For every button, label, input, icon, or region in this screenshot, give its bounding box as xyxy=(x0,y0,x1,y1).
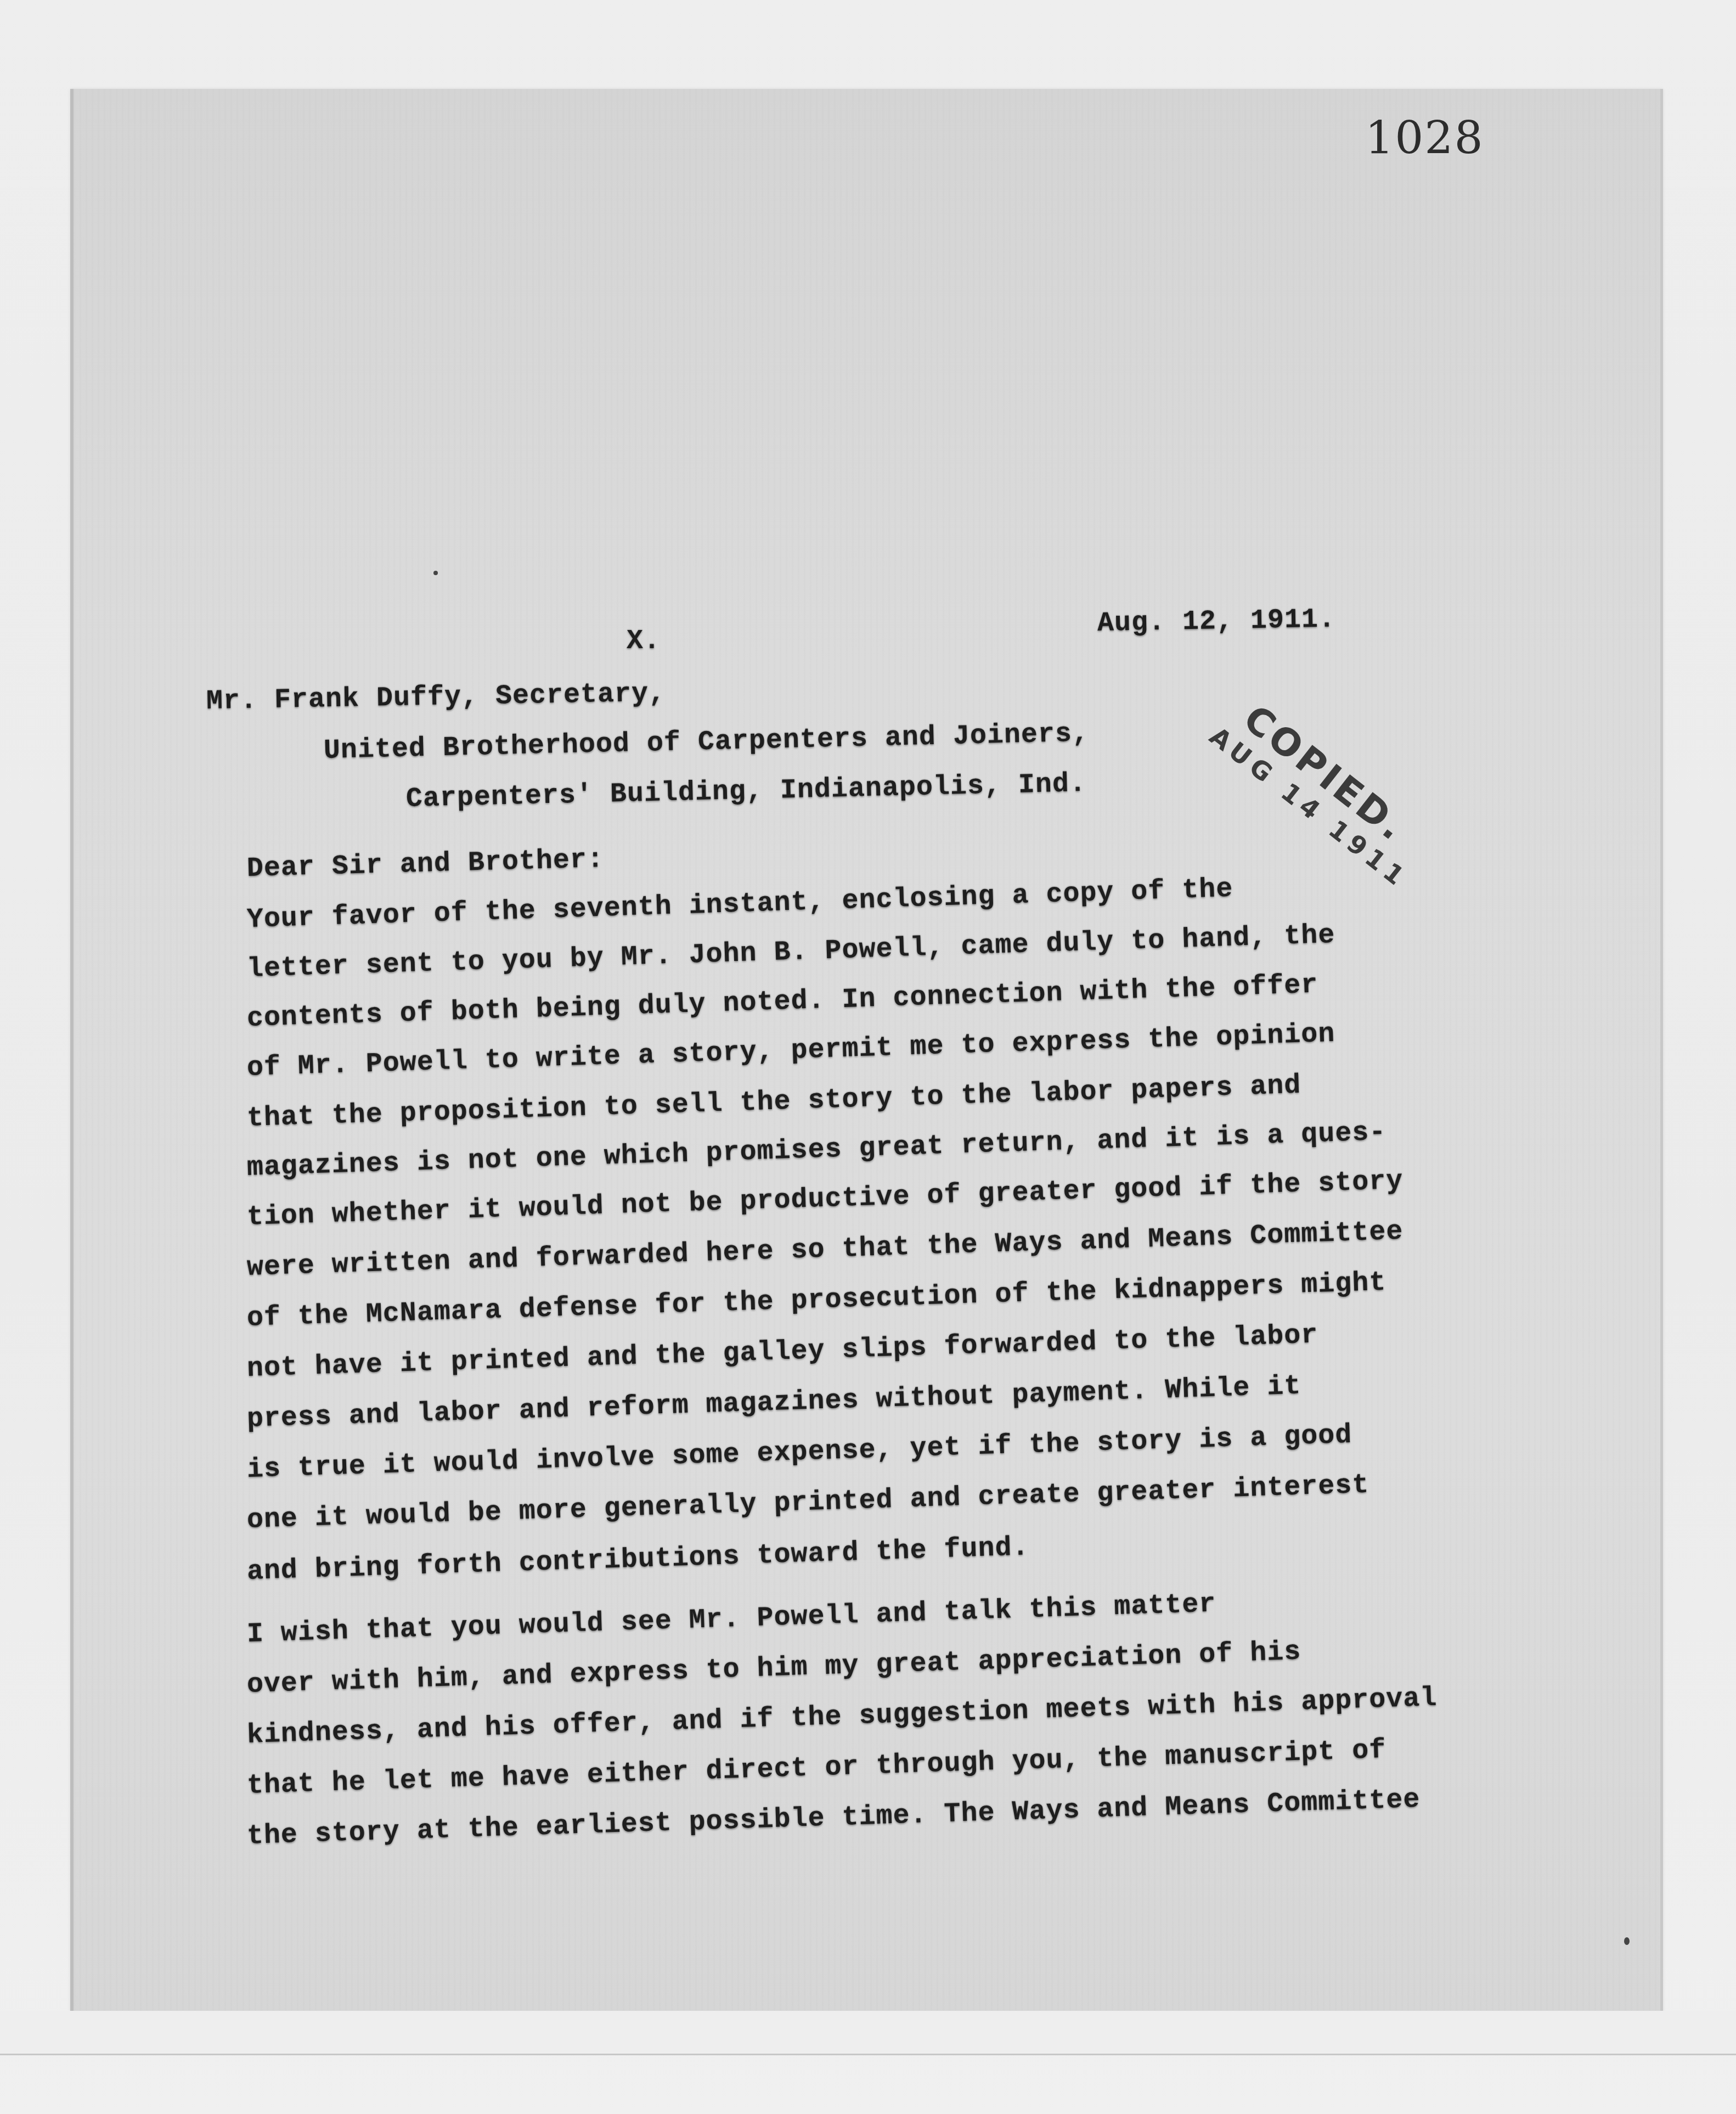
page-number: 1028 xyxy=(1365,113,1484,165)
paper-speck xyxy=(1624,1937,1630,1945)
paper-speck xyxy=(433,571,438,575)
letter-date: Aug. 12, 1911. xyxy=(1097,604,1336,639)
scanned-page: 1028 X. Aug. 12, 1911. Mr. Frank Duffy, … xyxy=(0,0,1736,2114)
scan-bottom-strip xyxy=(0,2011,1736,2055)
file-mark: X. xyxy=(627,626,661,657)
